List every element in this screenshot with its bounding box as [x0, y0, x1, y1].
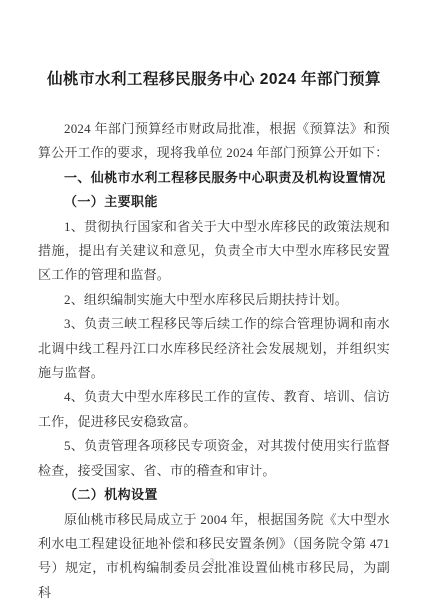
subsection-heading-organization: （二）机构设置 — [38, 483, 390, 507]
subsection-heading-main-duties: （一）主要职能 — [38, 190, 390, 214]
paragraph-duty-2: 2、组织编制实施大中型水库移民后期扶持计划。 — [38, 288, 390, 312]
paragraph-duty-1: 1、贯彻执行国家和省关于大中型水库移民的政策法规和措施，提出有关建议和意见，负责… — [38, 215, 390, 288]
paragraph-organization: 原仙桃市移民局成立于 2004 年，根据国务院《大中型水利水电工程建设征地补偿和… — [38, 508, 390, 600]
document-page: 仙桃市水利工程移民服务中心 2024 年部门预算 2024 年部门预算经市财政局… — [0, 0, 424, 600]
paragraph-duty-5: 5、负责管理各项移民专项资金，对其拨付使用实行监督检查，接受国家、省、市的稽查和… — [38, 434, 390, 483]
page-number: 3 — [0, 557, 424, 566]
paragraph-duty-3: 3、负责三峡工程移民等后续工作的综合管理协调和南水北调中线工程丹江口水库移民经济… — [38, 312, 390, 385]
paragraph-duty-4: 4、负责大中型水库移民工作的宣传、教育、培训、信访工作，促进移民安稳致富。 — [38, 385, 390, 434]
paragraph-intro: 2024 年部门预算经市财政局批准，根据《预算法》和预算公开工作的要求，现将我单… — [38, 117, 390, 166]
document-body: 仙桃市水利工程移民服务中心 2024 年部门预算 2024 年部门预算经市财政局… — [38, 0, 390, 600]
section-heading-1: 一、仙桃市水利工程移民服务中心职责及机构设置情况 — [38, 166, 390, 190]
document-title: 仙桃市水利工程移民服务中心 2024 年部门预算 — [38, 68, 390, 92]
